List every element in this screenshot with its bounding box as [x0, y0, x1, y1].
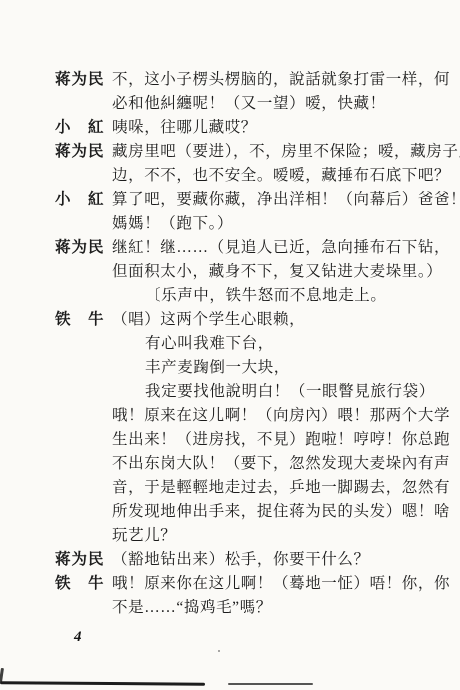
dialogue-line: 不是……“捣鸡毛”嗎？ [112, 596, 425, 620]
dialogue-line: 玩艺儿？ [112, 524, 425, 548]
dialogue-lines: （唱）这两个学生心眼赖，有心叫我难下台，丰产麦踘倒一大块，我定要找他說明白！（一… [112, 308, 425, 548]
dialogue-entry: 铁 牛 （唱）这两个学生心眼赖，有心叫我难下台，丰产麦踘倒一大块，我定要找他說明… [55, 308, 425, 548]
speaker-name: 蒋为民 [55, 236, 105, 260]
dialogue-line: 算了吧，要藏你藏，净出洋相！（向幕后）爸爸！ [112, 188, 425, 212]
scan-artifact-speck [218, 650, 220, 652]
dialogue-entry: 蒋为民 继紅！继……（見追人已近，急向捶布石下钻，但面积太小，藏身不下，复又钻进… [55, 236, 425, 308]
dialogue-lines: 咦哚，往哪儿藏哎？ [112, 116, 425, 140]
scan-artifact-corner [0, 668, 4, 682]
speaker-name: 铁 牛 [55, 572, 105, 596]
dialogue-line: 不，这小子楞头楞脑的，說話就象打雷一样，何 [112, 68, 425, 92]
page-number: 4 [74, 629, 82, 646]
dialogue-lines: 藏房里吧（要进），不，房里不保险；嗳，藏房子后边，不不，也不安全。嗳嗳，藏捶布石… [112, 140, 425, 188]
dialogue-line: 藏房里吧（要进），不，房里不保险；嗳，藏房子后 [112, 140, 425, 164]
dialogue-line: 〔乐声中，铁牛怒而不息地走上。 [112, 284, 425, 308]
dialogue-lines: 算了吧，要藏你藏，净出洋相！（向幕后）爸爸！媽媽！（跑下。） [112, 188, 425, 236]
speaker-name: 小 紅 [55, 188, 105, 212]
dialogue-lines: 继紅！继……（見追人已近，急向捶布石下钻，但面积太小，藏身不下，复又钻进大麦垛里… [112, 236, 425, 308]
dialogue-line: 有心叫我难下台， [112, 332, 425, 356]
dialogue-line: 边，不不，也不安全。嗳嗳，藏捶布石底下吧？ [112, 164, 425, 188]
scan-artifact-streak [228, 683, 313, 685]
dialogue-entry: 铁 牛 哦！原来你在这儿啊！（蓦地一怔）唔！你，你不是……“捣鸡毛”嗎？ [55, 572, 425, 620]
speaker-name: 铁 牛 [55, 308, 105, 332]
dialogue-line: 继紅！继……（見追人已近，急向捶布石下钻， [112, 236, 425, 260]
scan-artifact-streak [0, 681, 205, 685]
dialogue-line: 音，于是輕輕地走过去，乒地一脚踢去，忽然有 [112, 476, 425, 500]
dialogue-line: （唱）这两个学生心眼赖， [112, 308, 425, 332]
dialogue-line: 我定要找他說明白！（一眼瞥見旅行袋） [112, 380, 425, 404]
dialogue-lines: （豁地钻出来）松手，你要干什么？ [112, 548, 425, 572]
speaker-name: 蒋为民 [55, 140, 105, 164]
dialogue-line: 所发现地伸出手来，捉住蒋为民的头发）嗯！啥 [112, 500, 425, 524]
dialogue-line: 必和他糾纏呢！（又一望）嗳，快藏！ [112, 92, 425, 116]
dialogue-lines: 哦！原来你在这儿啊！（蓦地一怔）唔！你，你不是……“捣鸡毛”嗎？ [112, 572, 425, 620]
dialogue-line: 丰产麦踘倒一大块， [112, 356, 425, 380]
dialogue-entry: 蒋为民 不，这小子楞头楞脑的，說話就象打雷一样，何必和他糾纏呢！（又一望）嗳，快… [55, 68, 425, 116]
dialogue-line: 不出东岗大队！（要下，忽然发现大麦垛內有声 [112, 452, 425, 476]
dialogue-line: 但面积太小，藏身不下，复又钻进大麦垛里。） [112, 260, 425, 284]
dialogue-entry: 蒋为民 藏房里吧（要进），不，房里不保险；嗳，藏房子后边，不不，也不安全。嗳嗳，… [55, 140, 425, 188]
speaker-name: 蒋为民 [55, 548, 105, 572]
dialogue-line: 哦！原来在这儿啊！（向房內）喂！那两个大学 [112, 404, 425, 428]
dialogue-line: 咦哚，往哪儿藏哎？ [112, 116, 425, 140]
speaker-name: 小 紅 [55, 116, 105, 140]
dialogue-line: （豁地钻出来）松手，你要干什么？ [112, 548, 425, 572]
dialogue-entry: 蒋为民 （豁地钻出来）松手，你要干什么？ [55, 548, 425, 572]
dialogue-lines: 不，这小子楞头楞脑的，說話就象打雷一样，何必和他糾纏呢！（又一望）嗳，快藏！ [112, 68, 425, 116]
dialogue-entry: 小 紅 咦哚，往哪儿藏哎？ [55, 116, 425, 140]
speaker-name: 蒋为民 [55, 68, 105, 92]
dialogue-line: 媽媽！（跑下。） [112, 212, 425, 236]
dialogue-line: 生出来！（进房找，不見）跑啦！哼哼！你总跑 [112, 428, 425, 452]
dialogue-line: 哦！原来你在这儿啊！（蓦地一怔）唔！你，你 [112, 572, 425, 596]
script-body: 蒋为民 不，这小子楞头楞脑的，說話就象打雷一样，何必和他糾纏呢！（又一望）嗳，快… [55, 68, 425, 620]
dialogue-entry: 小 紅 算了吧，要藏你藏，净出洋相！（向幕后）爸爸！媽媽！（跑下。） [55, 188, 425, 236]
